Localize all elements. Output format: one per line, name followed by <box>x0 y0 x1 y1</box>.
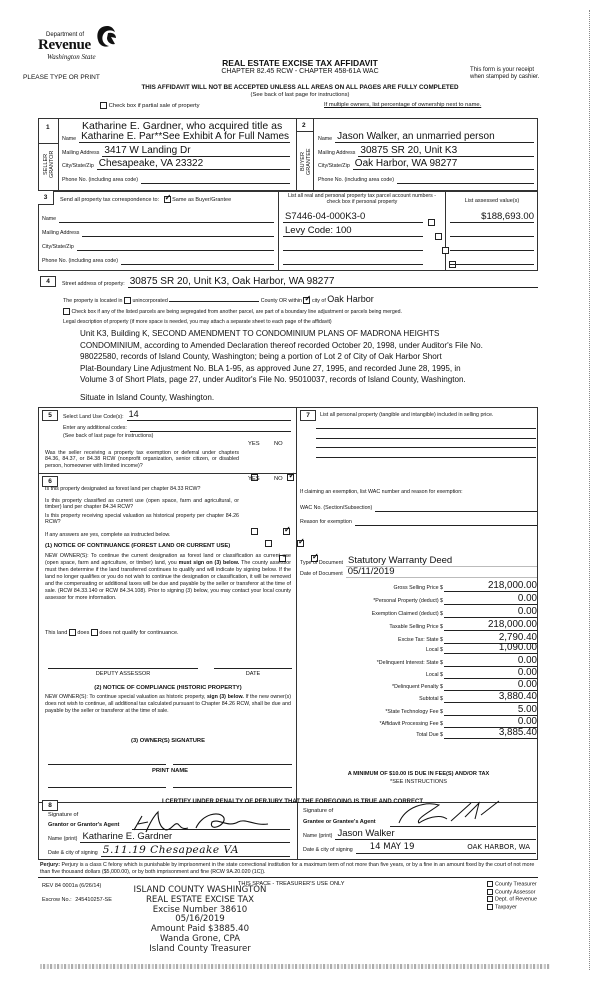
amount-value[interactable]: 1,090.00 <box>444 643 537 654</box>
amount-row: Local $0.00 <box>300 668 537 679</box>
section2-number: 2 <box>302 122 306 129</box>
wac-field: WAC No. (Section/Subsection) <box>300 502 537 512</box>
grantee-date-input[interactable]: 14 MAY 19 OAK HARBOR, WA <box>356 842 536 854</box>
parcel-number-input[interactable]: Levy Code: 100 <box>283 225 423 237</box>
notice1-title: (1) NOTICE OF CONTINUANCE (FOREST LAND O… <box>45 543 230 549</box>
parcel-number-input[interactable] <box>283 239 423 251</box>
owner-signature-line-2[interactable] <box>173 764 292 765</box>
notice2-title: (2) NOTICE OF COMPLIANCE (HISTORIC PROPE… <box>45 685 291 691</box>
buyer-mailing-input[interactable]: 30875 SR 20, Unit K3 <box>358 145 534 157</box>
legal-description-label: Legal description of property (if more s… <box>63 319 332 325</box>
copy-label: Dept. of Revenue <box>495 896 537 902</box>
notice2-text: NEW OWNER(S): To continue special valuat… <box>45 694 291 715</box>
section3-number: 3 <box>38 191 54 205</box>
divider <box>38 143 59 144</box>
seller-phone-input[interactable] <box>141 183 290 184</box>
form-title: REAL ESTATE EXCISE TAX AFFIDAVIT <box>170 58 430 68</box>
amount-value[interactable]: 0.00 <box>444 680 537 691</box>
send-correspondence: Send all property tax correspondence to:… <box>60 196 231 203</box>
legal-description-line: Plat-Boundary Line Adjustment No. BLA 1-… <box>80 363 550 375</box>
amount-row: Local $1,090.00 <box>300 643 537 654</box>
amount-value[interactable]: 0.00 <box>444 607 537 618</box>
personal-property-line-2[interactable] <box>316 438 536 439</box>
amount-value[interactable]: 0.00 <box>444 594 537 605</box>
additional-codes-input[interactable] <box>130 431 291 432</box>
agency-line2: Revenue <box>38 37 91 54</box>
grantee-date-field: Date & city of signing 14 MAY 19 OAK HAR… <box>303 841 536 854</box>
receipt-note-2: when stamped by cashier. <box>470 74 539 80</box>
assessor-date-line[interactable] <box>214 668 292 669</box>
section6-question: Is this property classified as current u… <box>45 498 239 511</box>
question-yes-checkbox[interactable] <box>251 528 258 535</box>
amount-label: *State Technology Fee $ <box>300 709 444 716</box>
section6-question: Is this property designated as forest la… <box>45 486 239 492</box>
seller-name-field: Name Katharine E. Par**See Exhibit A for… <box>62 131 290 143</box>
same-as-buyer-checkbox[interactable] <box>164 196 171 203</box>
copy-checkbox[interactable] <box>487 904 493 910</box>
grantor-name-input[interactable]: Katharine E. Gardner <box>80 831 290 843</box>
divider <box>296 131 314 132</box>
exemption-no-checkbox[interactable] <box>287 474 294 481</box>
see-instructions: *SEE INSTRUCTIONS <box>300 779 537 785</box>
instructions-note: (See back of last page for instructions) <box>160 92 440 98</box>
reason-input[interactable] <box>355 525 537 526</box>
legal-description-line: Volume 3 of Short Plats, page 27, under … <box>80 374 550 386</box>
amount-label: Taxable Selling Price $ <box>300 624 444 631</box>
assessed-value-input[interactable]: $188,693.00 <box>450 211 534 223</box>
assessed-value-input[interactable] <box>450 225 534 237</box>
receipt-note-1: This form is your receipt <box>470 67 534 73</box>
amount-label: Exemption Claimed (deduct) $ <box>300 611 444 618</box>
corr-phone-field: Phone No. (including area code) <box>42 254 274 265</box>
amount-value[interactable]: 3,885.40 <box>444 728 537 739</box>
amount-row: *Delinquent Penalty $0.00 <box>300 680 537 691</box>
form-number: REV 84 0001a (6/26/14) <box>42 883 101 890</box>
divider <box>38 473 297 474</box>
buyer-city-input[interactable]: Oak Harbor, WA 98277 <box>353 158 534 170</box>
partial-sale-checkbox[interactable] <box>100 102 107 109</box>
assessed-header: List assessed value(s) <box>448 198 536 204</box>
amount-row: Gross Selling Price $218,000.00 <box>300 581 537 592</box>
reason-field: Reason for exemption <box>300 516 537 526</box>
right-column-frame <box>297 407 538 803</box>
exemption-claim-label: If claiming an exemption, list WAC numbe… <box>300 489 463 495</box>
question-no-checkbox[interactable] <box>297 540 304 547</box>
section7-number: 7 <box>300 410 316 421</box>
city-checkbox[interactable] <box>303 297 310 304</box>
seller-phone-field: Phone No. (including area code) <box>62 172 290 184</box>
buyer-name-input[interactable]: Jason Walker, an unmarried person <box>335 131 534 143</box>
minimum-note: A MINIMUM OF $10.00 IS DUE IN FEE(S) AND… <box>300 771 537 777</box>
segregated-checkbox[interactable] <box>63 308 70 315</box>
grantor-name-field: Name (print) Katharine E. Gardner <box>48 831 290 843</box>
owner-print-name-line-1[interactable] <box>48 787 166 788</box>
legal-description-line: Unit K3, Building K, SECOND AMENDMENT TO… <box>80 328 550 340</box>
dor-logo: Department of Revenue Washington State <box>38 30 128 70</box>
buyer-grantee-label: BUYER GRANTEE <box>300 146 312 178</box>
question-yes-checkbox[interactable] <box>265 540 272 547</box>
amount-label: Local $ <box>300 647 444 654</box>
divider <box>445 191 446 271</box>
corr-city-input[interactable] <box>77 250 274 251</box>
divider <box>297 803 298 860</box>
land-use-field: Select Land Use Code(s): 14 <box>63 409 291 421</box>
scan-artifact <box>40 964 550 969</box>
owner-signature-line-1[interactable] <box>48 764 166 765</box>
personal-property-line-3[interactable] <box>316 447 536 448</box>
escrow: Escrow No.: 245410257-SE <box>42 897 112 904</box>
corr-name-input[interactable] <box>59 222 274 223</box>
exemption-question: Was the seller receiving a property tax … <box>45 450 239 469</box>
assessed-value-input[interactable] <box>450 253 534 265</box>
form-subtitle: CHAPTER 82.45 RCW - CHAPTER 458-61A WAC <box>170 68 430 75</box>
copy-checkbox[interactable] <box>487 889 493 895</box>
buyer-phone-input[interactable] <box>397 183 534 184</box>
section4-number: 4 <box>40 276 56 287</box>
amount-label: Local $ <box>300 672 444 679</box>
additional-codes-note: (See back of last page for instructions) <box>63 433 153 439</box>
deputy-assessor-line[interactable] <box>48 668 198 669</box>
type-or-print: PLEASE TYPE OR PRINT <box>23 74 100 81</box>
corr-city-field: City/State/Zip <box>42 240 274 251</box>
amount-label: *Personal Property (deduct) $ <box>300 598 444 605</box>
street-address-input[interactable]: 30875 SR 20, Unit K3, Oak Harbor, WA 982… <box>128 276 538 288</box>
copy-label: County Assessor <box>495 889 535 895</box>
grantee-signature[interactable] <box>395 797 505 829</box>
copy-checkbox[interactable] <box>487 896 493 902</box>
amount-label: Total Due $ <box>300 732 444 739</box>
amount-label: Subtotal $ <box>300 696 444 703</box>
copy-option: County Assessor <box>487 889 535 895</box>
legal-description-line: CONDOMINIUM, according to Amended Declar… <box>80 340 550 352</box>
copy-option: Taxpayer <box>487 904 517 910</box>
notice1-text: NEW OWNER(S): To continue the current de… <box>45 553 291 602</box>
amount-label: Gross Selling Price $ <box>300 585 444 592</box>
copy-option: County Treasurer <box>487 881 537 887</box>
seller-city-field: City/State/Zip Chesapeake, VA 23322 <box>62 158 290 170</box>
qualify-line: This land does does not qualify for cont… <box>45 629 179 636</box>
personal-property-checkbox[interactable] <box>428 219 435 226</box>
stamp-line: Island County Treasurer <box>125 945 275 955</box>
seller-grantor-label: SELLER GRANTOR <box>43 148 55 180</box>
segregated-parcels: Check box if any of the listed parcels a… <box>63 308 402 315</box>
owner-signature-title: (3) OWNER(S) SIGNATURE <box>45 738 291 744</box>
parcel-number-input[interactable] <box>283 253 423 265</box>
amount-row: Exemption Claimed (deduct) $0.00 <box>300 607 537 618</box>
section1-number: 1 <box>46 124 50 131</box>
copy-label: County Treasurer <box>495 881 537 887</box>
amount-value[interactable]: 0.00 <box>444 656 537 667</box>
section8-number: 8 <box>42 800 58 811</box>
doc-date-field: Date of Document 05/11/2019 <box>300 566 537 578</box>
grantee-name-field: Name (print) Jason Walker <box>303 828 536 840</box>
assessed-value-input[interactable] <box>450 239 534 251</box>
escrow-number: 245410257-SE <box>75 897 112 903</box>
amount-value[interactable]: 0.00 <box>444 668 537 679</box>
legal-description[interactable]: Unit K3, Building K, SECOND AMENDMENT TO… <box>80 328 550 386</box>
seller-city-input[interactable]: Chesapeake, VA 23322 <box>97 158 290 170</box>
divider <box>278 191 279 271</box>
parcel-list: S7446-04-000K3-0$188,693.00Levy Code: 10… <box>0 0 600 18</box>
personal-property-label: List all personal property (tangible and… <box>320 412 493 418</box>
certify-statement: I CERTIFY UNDER PENALTY OF PERJURY THAT … <box>162 799 424 805</box>
grantor-date-field: Date & city of signing 5.11.19 Chesapeak… <box>48 844 290 857</box>
street-address-field: Street address of property: 30875 SR 20,… <box>62 275 538 288</box>
treasurer-stamp: ISLAND COUNTY WASHINGTONREAL ESTATE EXCI… <box>125 886 275 955</box>
perjury-notice: Perjury: Perjury is a class C felony whi… <box>40 862 538 876</box>
copy-checkbox[interactable] <box>487 881 493 887</box>
agency-line3: Washington State <box>47 53 96 61</box>
section6-question: Is this property receiving special valua… <box>45 513 239 526</box>
section5-number: 5 <box>42 410 58 421</box>
qualify-does-checkbox[interactable] <box>69 629 76 636</box>
buyer-mailing-field: Mailing Address 30875 SR 20, Unit K3 <box>318 145 534 157</box>
amount-value[interactable]: 218,000.00 <box>444 581 537 592</box>
multiple-owners-note: If multiple owners, list percentage of o… <box>324 102 481 108</box>
buyer-city-field: City/State/Zip Oak Harbor, WA 98277 <box>318 158 534 170</box>
amount-label: *Delinquent Interest: State $ <box>300 660 444 667</box>
divider <box>38 877 538 878</box>
amount-row: *State Technology Fee $5.00 <box>300 705 537 716</box>
amount-value[interactable]: 218,000.00 <box>444 620 537 631</box>
seller-mailing-field: Mailing Address 3417 W Landing Dr <box>62 145 290 157</box>
parcel-header: List all real and personal property tax … <box>282 193 442 205</box>
personal-property-checkbox[interactable] <box>435 233 442 240</box>
personal-property-line-1[interactable] <box>316 428 536 429</box>
corr-name-field: Name <box>42 212 274 223</box>
situate: Situate in Island County, Washington. <box>80 393 214 402</box>
unincorporated-checkbox[interactable] <box>124 297 131 304</box>
amount-row: Subtotal $3,880.40 <box>300 692 537 703</box>
land-use-input[interactable]: 14 <box>127 409 291 421</box>
scan-edge <box>589 10 592 970</box>
amount-row: *Personal Property (deduct) $0.00 <box>300 594 537 605</box>
copy-label: Taxpayer <box>495 904 517 910</box>
amount-label: *Delinquent Penalty $ <box>300 684 444 691</box>
amount-value[interactable]: 5.00 <box>444 705 537 716</box>
personal-property-line-4[interactable] <box>316 457 536 458</box>
qualify-does-not-checkbox[interactable] <box>91 629 98 636</box>
amount-value[interactable]: 3,880.40 <box>444 692 537 703</box>
grantor-date-input[interactable]: 5.11.19 Chesapeake VA <box>101 845 290 857</box>
corr-phone-input[interactable] <box>121 264 274 265</box>
question-no-checkbox[interactable] <box>283 528 290 535</box>
amount-label: *Affidavit Processing Fee $ <box>300 721 444 728</box>
amount-row: *Delinquent Interest: State $0.00 <box>300 656 537 667</box>
additional-codes-field: Enter any additional codes: <box>63 422 291 432</box>
property-location: The property is located in unincorporate… <box>63 294 374 304</box>
amount-row: Taxable Selling Price $218,000.00 <box>300 620 537 631</box>
buyer-name-field: Name Jason Walker, an unmarried person <box>318 131 534 143</box>
owner-print-name-line-2[interactable] <box>173 787 292 788</box>
legal-description-line: 98022580, records of Island County, Wash… <box>80 351 550 363</box>
buyer-phone-field: Phone No. (including area code) <box>318 172 534 184</box>
parcel-number-input[interactable]: S7446-04-000K3-0 <box>283 211 423 223</box>
grantee-name-input[interactable]: Jason Walker <box>335 828 536 840</box>
corr-mailing-field: Mailing Address <box>42 226 274 237</box>
dor-swirl-icon <box>94 24 120 50</box>
acceptance-warning: THIS AFFIDAVIT WILL NOT BE ACCEPTED UNLE… <box>60 84 540 91</box>
corr-mailing-input[interactable] <box>82 236 274 237</box>
amount-row: Total Due $3,885.40 <box>300 728 537 739</box>
wac-input[interactable] <box>375 511 537 512</box>
if-yes-note: If any answers are yes, complete as inst… <box>45 532 170 538</box>
city-value[interactable]: Oak Harbor <box>327 294 374 304</box>
partial-sale: Check box if partial sale of property <box>100 102 200 110</box>
seller-mailing-input[interactable]: 3417 W Landing Dr <box>102 145 290 157</box>
seller-name-input[interactable]: Katharine E. Par**See Exhibit A for Full… <box>79 131 290 143</box>
copy-option: Dept. of Revenue <box>487 896 537 902</box>
doc-date-input[interactable]: 05/11/2019 <box>346 566 537 578</box>
personal-property-checkbox[interactable] <box>442 247 449 254</box>
